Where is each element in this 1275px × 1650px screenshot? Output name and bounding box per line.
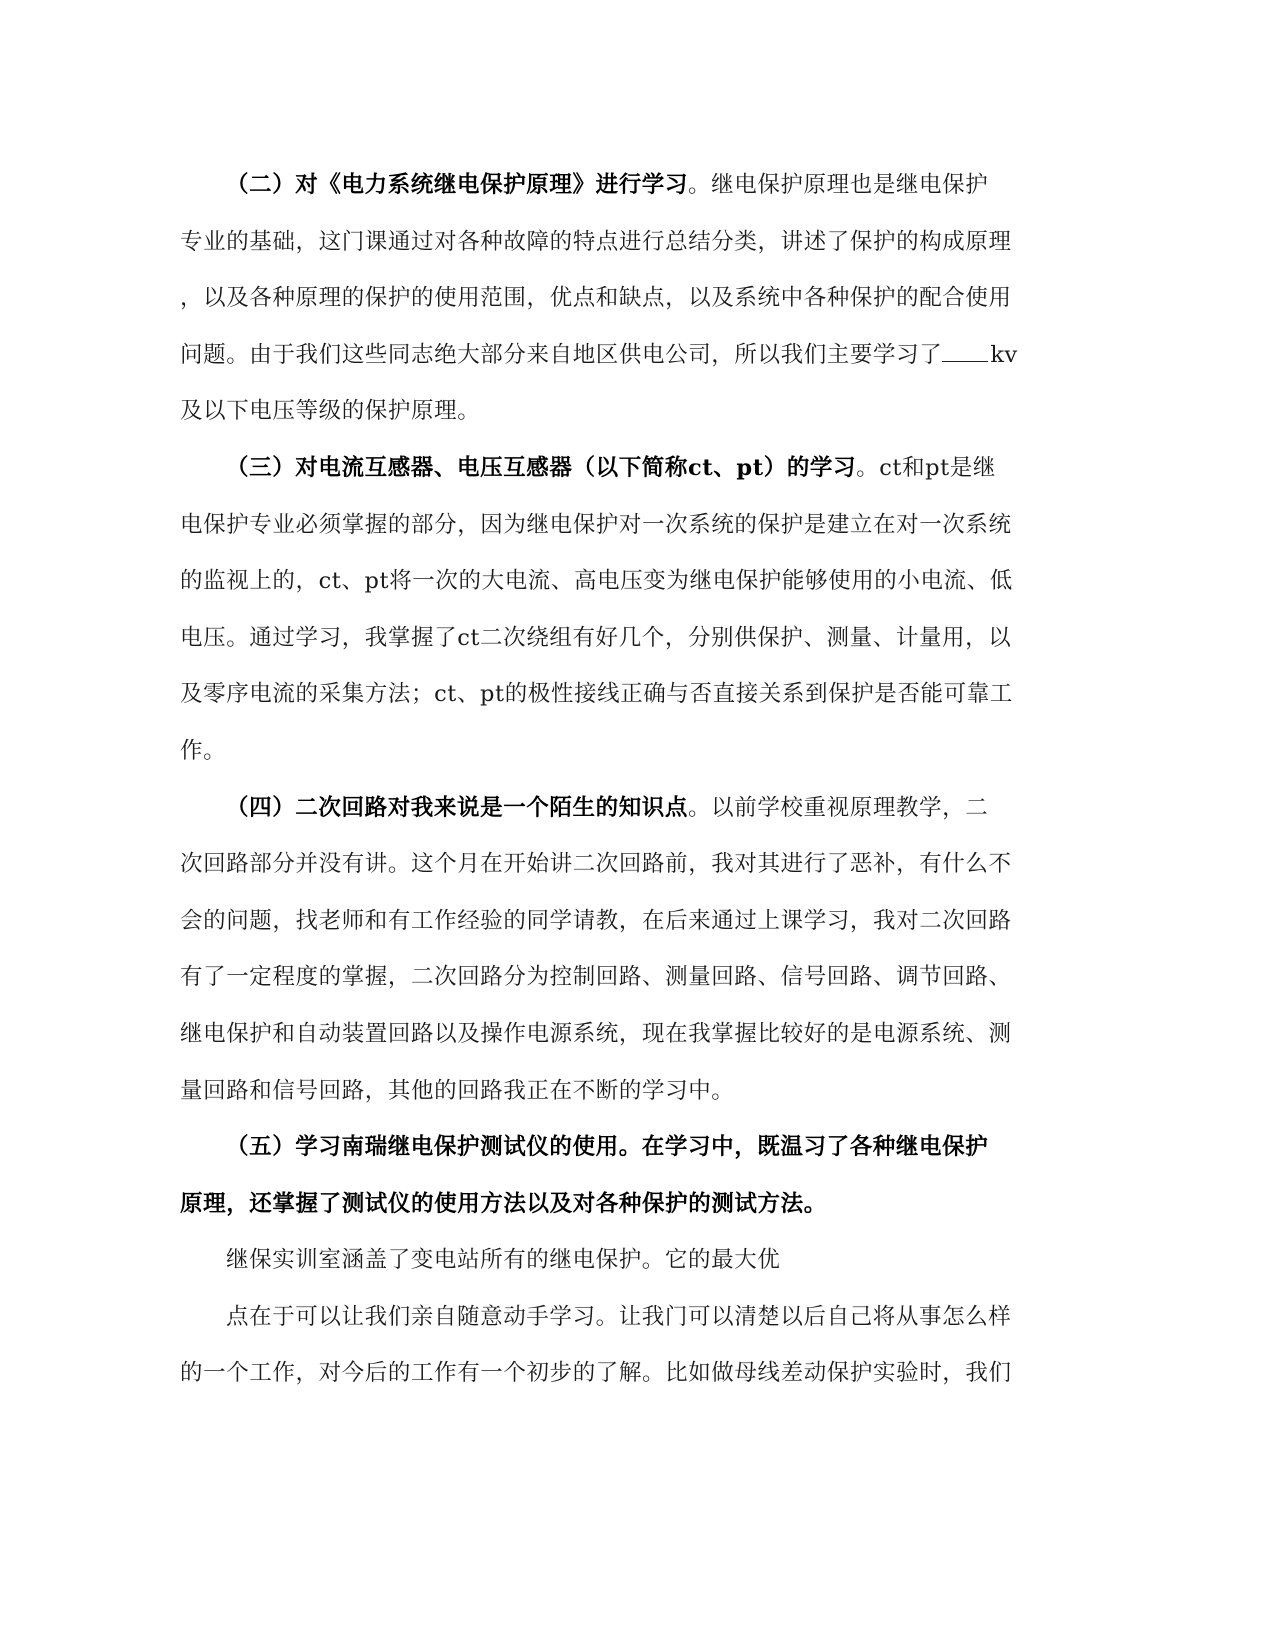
paragraph-line: （四）二次回路对我来说是一个陌生的知识点。以前学校重视原理教学，二 — [180, 780, 1036, 837]
paragraph-line: 作。 — [180, 723, 1036, 780]
section-heading: （二）对《电力系统继电保护原理》进行学习 — [226, 172, 688, 198]
document-page: （二）对《电力系统继电保护原理》进行学习。继电保护原理也是继电保护 专业的基础，… — [180, 157, 1036, 1402]
paragraph-line: （二）对《电力系统继电保护原理》进行学习。继电保护原理也是继电保护 — [180, 157, 1036, 214]
unit-text: kv — [990, 342, 1018, 368]
paragraph-line: 电保护专业必须掌握的部分，因为继电保护对一次系统的保护是建立在对一次系统 — [180, 497, 1036, 554]
section-heading: （四）二次回路对我来说是一个陌生的知识点 — [226, 795, 688, 821]
fill-in-blank — [942, 341, 988, 362]
section-heading-continued: 原理，还掌握了测试仪的使用方法以及对各种保护的测试方法。 — [180, 1191, 827, 1217]
body-text: 。以前学校重视原理教学，二 — [688, 795, 988, 821]
paragraph-line: 及以下电压等级的保护原理。 — [180, 383, 1036, 440]
section-heading: （三）对电流互感器、电压互感器（以下简称ct、pt）的学习 — [226, 455, 856, 481]
paragraph-line: 次回路部分并没有讲。这个月在开始讲二次回路前，我对其进行了恶补，有什么不 — [180, 836, 1036, 893]
paragraph-line: 继保实训室涵盖了变电站所有的继电保护。它的最大优 — [180, 1232, 1036, 1289]
paragraph-line: 继电保护和自动装置回路以及操作电源系统，现在我掌握比较好的是电源系统、测 — [180, 1006, 1036, 1063]
section-4: （四）二次回路对我来说是一个陌生的知识点。以前学校重视原理教学，二 次回路部分并… — [180, 780, 1036, 1120]
body-text: 。ct和pt是继 — [856, 455, 996, 481]
paragraph-line: 专业的基础，这门课通过对各种故障的特点进行总结分类，讲述了保护的构成原理 — [180, 214, 1036, 271]
paragraph-line: 问题。由于我们这些同志绝大部分来自地区供电公司，所以我们主要学习了kv — [180, 327, 1036, 384]
paragraph-line: 的一个工作，对今后的工作有一个初步的了解。比如做母线差动保护实验时，我们 — [180, 1345, 1036, 1402]
paragraph-line: 及零序电流的采集方法；ct、pt的极性接线正确与否直接关系到保护是否能可靠工 — [180, 666, 1036, 723]
paragraph-line: 电压。通过学习，我掌握了ct二次绕组有好几个，分别供保护、测量、计量用，以 — [180, 610, 1036, 667]
section-lab-summary: 继保实训室涵盖了变电站所有的继电保护。它的最大优 点在于可以让我们亲自随意动手学… — [180, 1232, 1036, 1402]
paragraph-line: 原理，还掌握了测试仪的使用方法以及对各种保护的测试方法。 — [180, 1176, 1036, 1233]
paragraph-line: 会的问题，找老师和有工作经验的同学请教，在后来通过上课学习，我对二次回路 — [180, 893, 1036, 950]
section-2: （二）对《电力系统继电保护原理》进行学习。继电保护原理也是继电保护 专业的基础，… — [180, 157, 1036, 440]
body-text: 。继电保护原理也是继电保护 — [688, 172, 988, 198]
paragraph-line: 有了一定程度的掌握，二次回路分为控制回路、测量回路、信号回路、调节回路、 — [180, 949, 1036, 1006]
body-text: 问题。由于我们这些同志绝大部分来自地区供电公司，所以我们主要学习了 — [180, 342, 942, 368]
paragraph-line: 点在于可以让我们亲自随意动手学习。让我门可以清楚以后自己将从事怎么样 — [180, 1289, 1036, 1346]
section-5: （五）学习南瑞继电保护测试仪的使用。在学习中，既温习了各种继电保护 原理，还掌握… — [180, 1119, 1036, 1232]
paragraph-line: （三）对电流互感器、电压互感器（以下简称ct、pt）的学习。ct和pt是继 — [180, 440, 1036, 497]
paragraph-line: 的监视上的，ct、pt将一次的大电流、高电压变为继电保护能够使用的小电流、低 — [180, 553, 1036, 610]
section-3: （三）对电流互感器、电压互感器（以下简称ct、pt）的学习。ct和pt是继 电保… — [180, 440, 1036, 780]
paragraph-line: （五）学习南瑞继电保护测试仪的使用。在学习中，既温习了各种继电保护 — [180, 1119, 1036, 1176]
paragraph-line: 量回路和信号回路，其他的回路我正在不断的学习中。 — [180, 1063, 1036, 1120]
paragraph-line: ，以及各种原理的保护的使用范围，优点和缺点，以及系统中各种保护的配合使用 — [180, 270, 1036, 327]
section-heading: （五）学习南瑞继电保护测试仪的使用。在学习中，既温习了各种继电保护 — [226, 1134, 988, 1160]
